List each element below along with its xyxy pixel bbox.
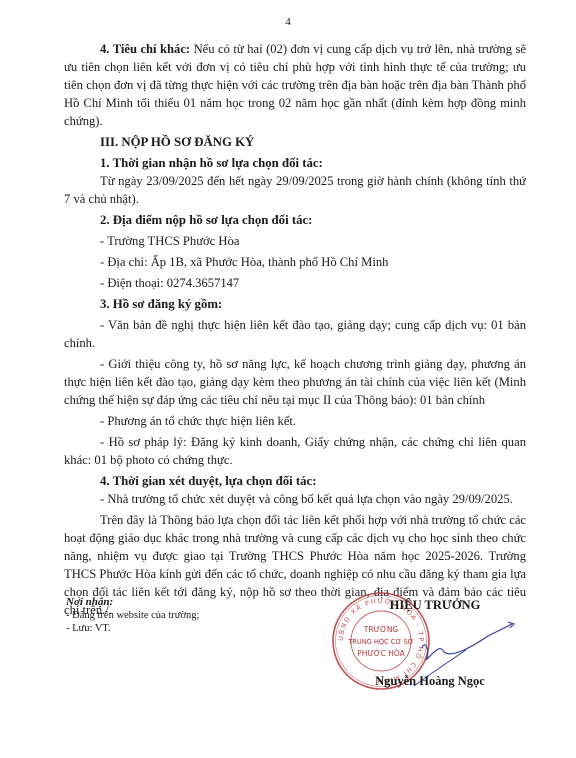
svg-text:PHƯỚC HÒA: PHƯỚC HÒA xyxy=(357,649,405,658)
svg-text:TRƯỜNG: TRƯỜNG xyxy=(363,625,399,634)
recipients-label: Nơi nhận: xyxy=(66,596,199,609)
signature-block: UBND XÃ PHƯỚC HÒA - TP HỒ CHÍ MINH TRƯỜN… xyxy=(330,588,530,728)
recipient-item: - Lưu: VT. xyxy=(66,622,199,635)
page-number: 4 xyxy=(0,16,576,28)
section-title-submission: III. NỘP HỒ SƠ ĐĂNG KÝ xyxy=(64,133,526,151)
heading-review: 4. Thời gian xét duyệt, lựa chọn đối tác… xyxy=(64,472,526,490)
location-line-school: - Trường THCS Phước Hòa xyxy=(64,232,526,250)
criteria-other-paragraph: 4. Tiêu chí khác: Nếu có từ hai (02) đơn… xyxy=(64,40,526,130)
location-line-phone: - Điện thoại: 0274.3657147 xyxy=(64,274,526,292)
document-item: - Phương án tổ chức thực hiện liên kết. xyxy=(64,412,526,430)
recipients-block: Nơi nhận: - Đăng trên website của trường… xyxy=(66,596,199,635)
document-item: - Văn bản đề nghị thực hiện liên kết đào… xyxy=(64,316,526,352)
document-item: - Giới thiệu công ty, hồ sơ năng lực, kế… xyxy=(64,355,526,409)
criteria-other-label: 4. Tiêu chí khác: xyxy=(100,42,190,56)
signer-name: Nguyễn Hoàng Ngọc xyxy=(340,674,520,689)
review-text: - Nhà trường tổ chức xét duyệt và công b… xyxy=(64,490,526,508)
location-line-address: - Địa chỉ: Ấp 1B, xã Phước Hòa, thành ph… xyxy=(64,253,526,271)
recipient-item: - Đăng trên website của trường; xyxy=(66,609,199,622)
document-body: 4. Tiêu chí khác: Nếu có từ hai (02) đơn… xyxy=(64,40,526,619)
heading-submission-time: 1. Thời gian nhận hồ sơ lựa chọn đối tác… xyxy=(64,154,526,172)
submission-time-text: Từ ngày 23/09/2025 đến hết ngày 29/09/20… xyxy=(64,172,526,208)
heading-submission-location: 2. Địa điểm nộp hồ sơ lựa chọn đối tác: xyxy=(64,211,526,229)
document-item: - Hồ sơ pháp lý: Đăng ký kinh doanh, Giấ… xyxy=(64,433,526,469)
heading-documents: 3. Hồ sơ đăng ký gồm: xyxy=(64,295,526,313)
